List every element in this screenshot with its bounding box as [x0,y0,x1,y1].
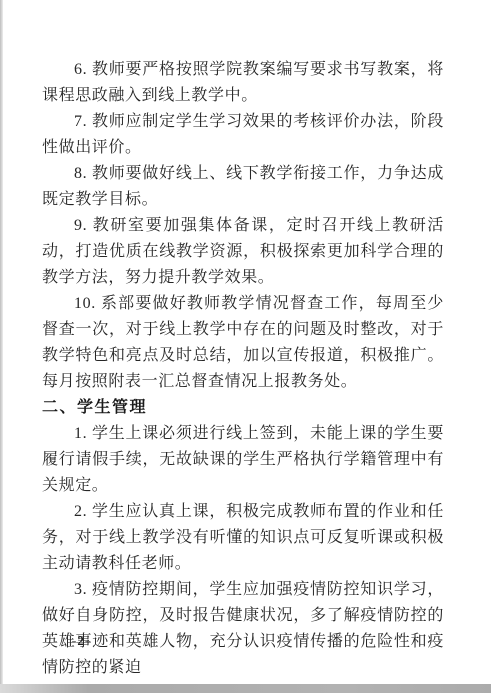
document-page: 6. 教师要严格按照学院教案编写要求书写教案，将课程思政融入到线上教学中。 7.… [0,0,491,693]
paragraph-teaching-8: 8. 教师要做好线上、线下教学衔接工作，力争达成既定教学目标。 [42,161,444,213]
paragraph-teaching-10: 10. 系部要做好教师教学情况督查工作，每周至少督查一次，对于线上教学中存在的问… [42,291,444,395]
paragraph-student-3: 3. 疫情防控期间，学生应加强疫情防控知识学习，做好自身防控，及时报告健康状况，… [42,577,444,681]
scan-edge-bottom [0,684,491,693]
paragraph-teaching-6: 6. 教师要严格按照学院教案编写要求书写教案，将课程思政融入到线上教学中。 [42,57,444,109]
paragraph-student-2: 2. 学生应认真上课，积极完成教师布置的作业和任务，对于线上教学没有听懂的知识点… [42,499,444,577]
document-body: 6. 教师要严格按照学院教案编写要求书写教案，将课程思政融入到线上教学中。 7.… [42,57,444,681]
paragraph-teaching-7: 7. 教师应制定学生学习效果的考核评价办法，阶段性做出评价。 [42,109,444,161]
paragraph-teaching-9: 9. 教研室要加强集体备课，定时召开线上教研活动，打造优质在线教学资源，积极探索… [42,213,444,291]
paragraph-student-1: 1. 学生上课必须进行线上签到，未能上课的学生要履行请假手续，无故缺课的学生严格… [42,421,444,499]
section-heading-student-management: 二、学生管理 [42,395,444,421]
scan-edge-left [0,0,3,693]
page-number: -2- [72,633,90,649]
